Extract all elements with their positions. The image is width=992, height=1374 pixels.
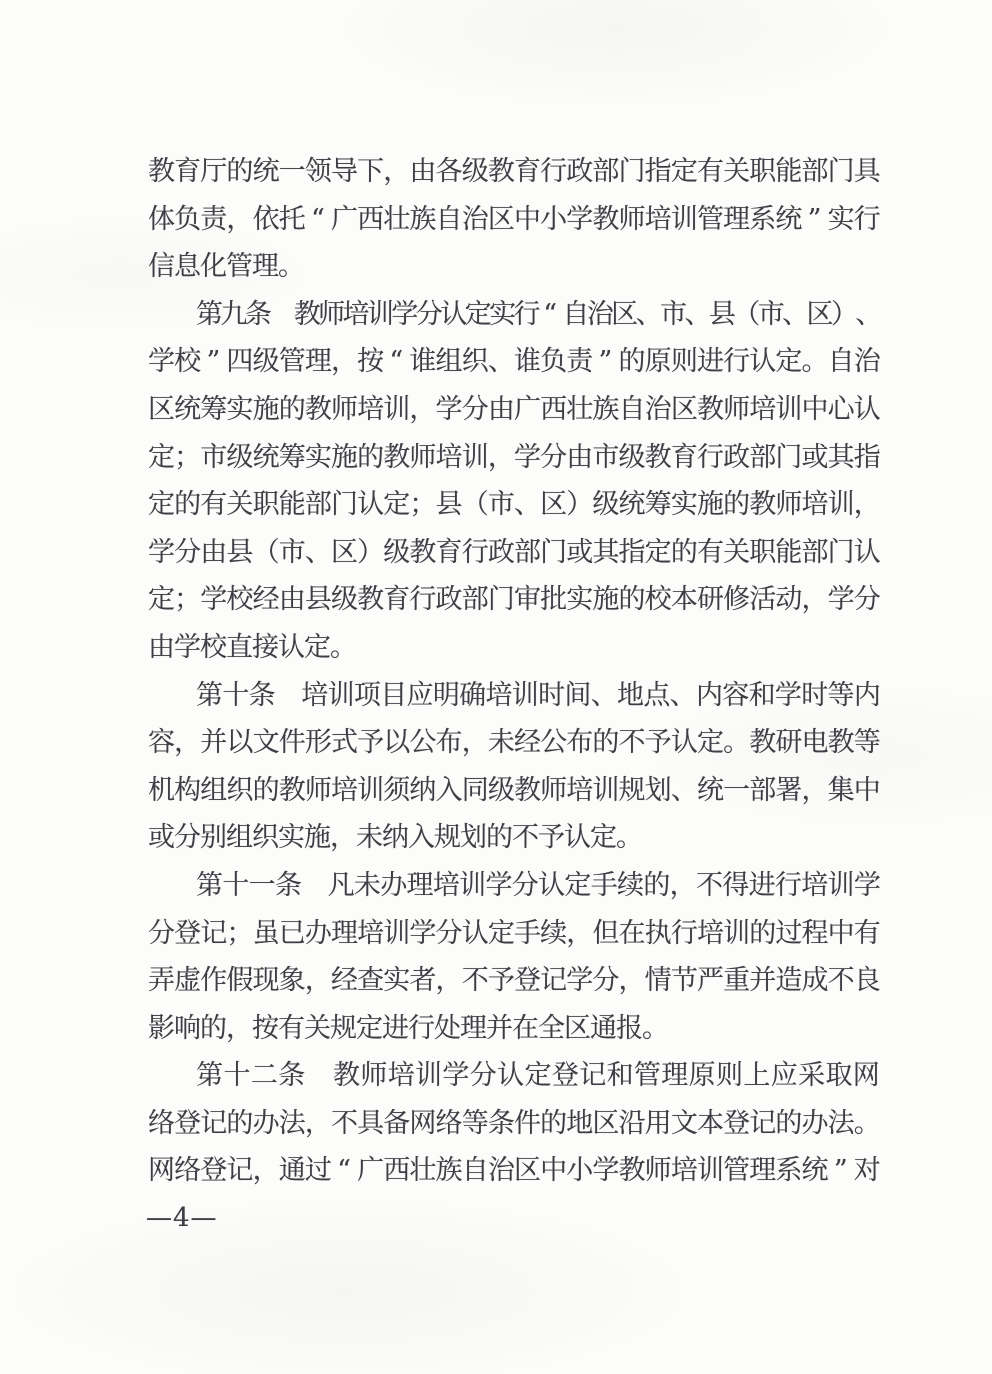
text-line: 定；学校经由县级教育行政部门审批实施的校本研修活动，学分 [148,576,880,624]
text-line: 体负责，依托“广西壮族自治区中小学教师培训管理系统”实行 [148,196,880,244]
text-line: 或分别组织实施，未纳入规划的不予认定。 [148,814,880,862]
text-line: 定的有关职能部门认定；县（市、区）级统筹实施的教师培训， [148,481,880,529]
text-line: 弄虚作假现象，经查实者，不予登记学分，情节严重并造成不良 [148,957,880,1005]
page-number: —4— [146,1198,218,1238]
text-line: 第十一条 凡未办理培训学分认定手续的，不得进行培训学 [148,862,880,910]
text-line: 第九条 教师培训学分认定实行“自治区、市、县（市、区）、 [148,291,880,339]
text-line: 定；市级统筹实施的教师培训，学分由市级教育行政部门或其指 [148,434,880,482]
text-line: 学分由县（市、区）级教育行政部门或其指定的有关职能部门认 [148,529,880,577]
document-body: 教育厅的统一领导下，由各级教育行政部门指定有关职能部门具体负责，依托“广西壮族自… [148,148,880,1195]
text-line: 络登记的办法，不具备网络等条件的地区沿用文本登记的办法。 [148,1100,880,1148]
text-line: 机构组织的教师培训须纳入同级教师培训规划、统一部署，集中 [148,767,880,815]
text-line: 第十条 培训项目应明确培训时间、地点、内容和学时等内 [148,672,880,720]
text-line: 网络登记，通过“广西壮族自治区中小学教师培训管理系统”对 [148,1147,880,1195]
text-line: 学校”四级管理，按“谁组织、谁负责”的原则进行认定。自治 [148,338,880,386]
text-line: 教育厅的统一领导下，由各级教育行政部门指定有关职能部门具 [148,148,880,196]
scanned-document-page: 教育厅的统一领导下，由各级教育行政部门指定有关职能部门具体负责，依托“广西壮族自… [0,0,992,1374]
text-line: 容，并以文件形式予以公布，未经公布的不予认定。教研电教等 [148,719,880,767]
text-line: 区统筹实施的教师培训，学分由广西壮族自治区教师培训中心认 [148,386,880,434]
text-line: 信息化管理。 [148,243,880,291]
text-line: 第十二条 教师培训学分认定登记和管理原则上应采取网 [148,1052,880,1100]
text-line: 影响的，按有关规定进行处理并在全区通报。 [148,1005,880,1053]
text-line: 分登记；虽已办理培训学分认定手续，但在执行培训的过程中有 [148,910,880,958]
text-line: 由学校直接认定。 [148,624,880,672]
